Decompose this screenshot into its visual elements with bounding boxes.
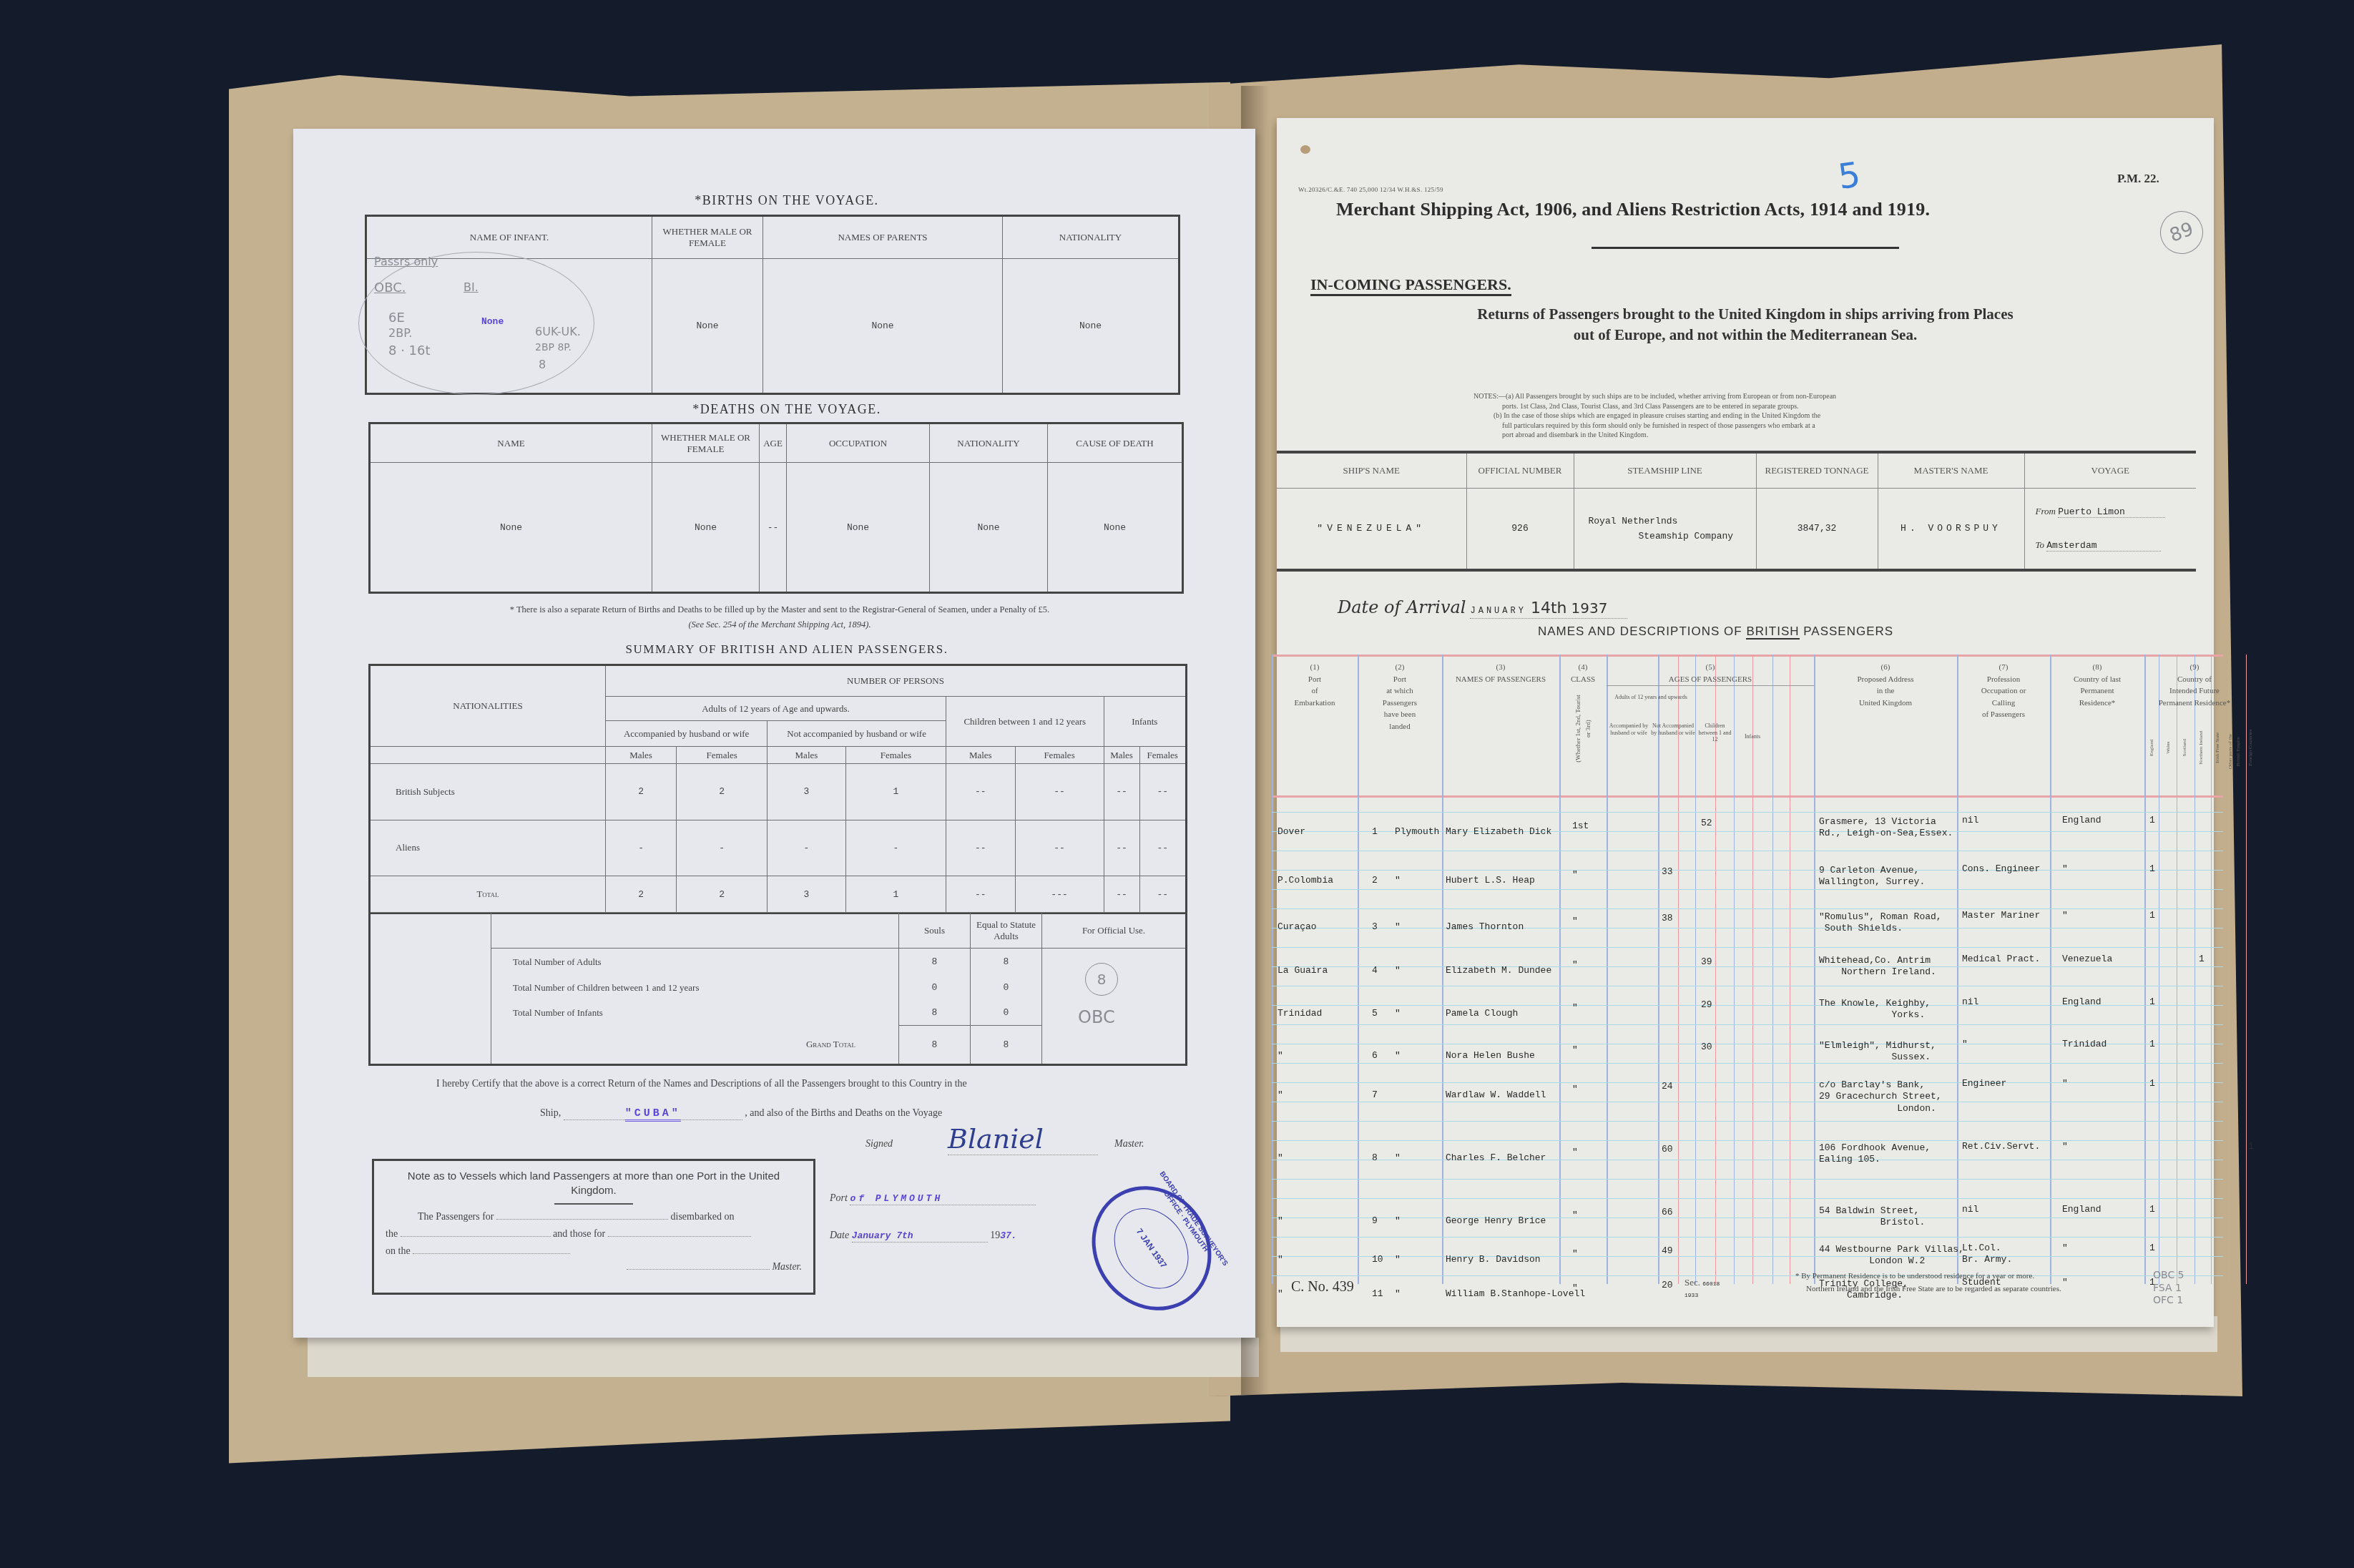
summary-header-infants: Infants	[1104, 697, 1186, 747]
pencil-note: 8	[539, 358, 546, 371]
births-parents-value: None	[763, 259, 1003, 394]
ledger-header-future-4: Irish Free State	[2214, 726, 2222, 769]
intended-residence-mark: 1	[2149, 1204, 2155, 1215]
ledger-column-rule	[1734, 655, 1735, 1284]
proposed-address: "Elmleigh", Midhurst, Sussex.	[1819, 1040, 1936, 1064]
intended-residence-mark: 1	[2199, 954, 2205, 965]
voyage-to-value: Amsterdam	[2046, 540, 2161, 552]
ledger-row-rule	[1272, 870, 2223, 871]
totals-table: Souls Equal to Statute Adults For Offici…	[368, 912, 1187, 1066]
passenger-name: Charles F. Belcher	[1446, 1152, 1546, 1164]
certificate-ship-line: Ship, "CUBA" , and also of the Births an…	[540, 1107, 942, 1120]
certificate-text: I hereby Certify that the above is a cor…	[436, 1079, 1152, 1090]
totals-statute: 0	[971, 975, 1042, 1000]
proposed-address: "Romulus", Roman Road, South Shields.	[1819, 911, 1942, 935]
totals-souls: 0	[899, 975, 971, 1000]
pencil-note: 6UK-UK.	[535, 325, 581, 338]
passenger-age: 33	[1662, 866, 1673, 878]
occupation: Cons. Engineer	[1962, 863, 2040, 875]
last-residence: "	[2062, 1078, 2068, 1089]
underlying-sheets-left	[308, 1338, 1259, 1377]
proposed-address: 106 Fordhook Avenue, Ealing 105.	[1819, 1142, 1931, 1166]
date-line: Date January 7th 1937.	[830, 1230, 1017, 1243]
summary-row-total: Total 2 2 3 1 -- --- -- --	[370, 876, 1187, 913]
arrival-year: 1937	[1571, 599, 1607, 617]
note-blank-field[interactable]	[413, 1253, 570, 1254]
ledger-header-c2: (2) Port at which Passengers have been l…	[1358, 662, 1442, 732]
pencil-circled-mark: 8	[1085, 963, 1118, 996]
proposed-address: Grasmere, 13 Victoria Rd., Leigh-on-Sea,…	[1819, 816, 1953, 840]
col-females: Females	[1015, 747, 1104, 764]
passenger-ledger: (1) Port of Embarkation(2) Port at which…	[1272, 655, 2223, 1284]
ledger-row-rule	[1272, 1198, 2223, 1199]
summary-title: SUMMARY OF BRITISH AND ALIEN PASSENGERS.	[572, 642, 1001, 657]
deaths-table: NAME WHETHER MALE OR FEMALE AGE OCCUPATI…	[368, 422, 1184, 594]
passenger-class: "	[1572, 869, 1578, 881]
passenger-age: 49	[1662, 1245, 1673, 1257]
ledger-row-rule	[1272, 1160, 2223, 1160]
proposed-address: The Knowle, Keighby, Yorks.	[1819, 998, 1931, 1021]
header-official-number: OFFICIAL NUMBER	[1466, 452, 1574, 488]
port-landed: "	[1395, 965, 1401, 976]
certificate-text-2: , and also of the Births and Deaths on t…	[745, 1108, 942, 1119]
passenger-age: 29	[1701, 999, 1712, 1011]
ledger-header-future-0: England	[2148, 726, 2156, 769]
port-of-embarkation: "	[1277, 1089, 1283, 1101]
ledger-column-rule	[2144, 655, 2146, 1284]
date-of-arrival: Date of Arrival JANUARY 14th 1937	[1338, 597, 1627, 619]
pencil-note: BI.	[464, 280, 479, 294]
port-label: Port	[830, 1193, 848, 1204]
deaths-occupation-value: None	[787, 463, 930, 593]
note-line: NOTES:—(a) All Passengers brought by suc…	[1473, 392, 1988, 402]
steamship-line-1: Royal Netherlnds	[1589, 516, 1756, 526]
occupation: Master Mariner	[1962, 910, 2040, 921]
passenger-name: George Henry Brice	[1446, 1215, 1546, 1227]
passenger-name: Elizabeth M. Dundee	[1446, 965, 1551, 976]
ledger-column-rule	[1358, 655, 1359, 1284]
births-header-name: NAME OF INFANT.	[366, 216, 652, 259]
port-line: Port of PLYMOUTH	[830, 1193, 1036, 1205]
port-of-embarkation: P.Colombia	[1277, 875, 1333, 886]
header-voyage: VOYAGE	[2024, 452, 2196, 488]
header-masters-name: MASTER'S NAME	[1878, 452, 2024, 488]
note-text: the	[386, 1229, 398, 1240]
ledger-row-rule	[1272, 928, 2223, 928]
col-males: Males	[1104, 747, 1139, 764]
port-of-embarkation: "	[1277, 1254, 1283, 1265]
ledger-column-rule	[2211, 655, 2212, 1284]
port-of-embarkation: "	[1277, 1152, 1283, 1164]
occupation: Medical Pract.	[1962, 954, 2040, 965]
master-signature: Blaniel	[948, 1123, 1098, 1155]
last-residence: "	[2062, 863, 2068, 875]
divider	[554, 1203, 633, 1205]
header-steamship-line: STEAMSHIP LINE	[1574, 452, 1756, 488]
port-landed: "	[1395, 1050, 1401, 1062]
last-residence: "	[2062, 1243, 2068, 1254]
passenger-number: 5	[1372, 1008, 1378, 1019]
passenger-class: "	[1572, 1002, 1578, 1014]
births-header-nationality: NATIONALITY	[1003, 216, 1180, 259]
totals-souls: 8	[899, 1000, 971, 1025]
last-residence: Venezuela	[2062, 954, 2112, 965]
steamship-line-value: Royal Netherlnds Steamship Company	[1574, 488, 1756, 570]
pencil-note: 8 · 16t	[388, 343, 431, 358]
official-use-cell: 8 OBC	[1042, 949, 1187, 1065]
port-landed: "	[1395, 1008, 1401, 1019]
note-master-field[interactable]	[627, 1269, 770, 1270]
ledger-column-rule	[1715, 655, 1716, 1284]
port-of-embarkation: Trinidad	[1277, 1008, 1322, 1019]
deaths-footnote: * There is also a separate Return of Bir…	[372, 604, 1187, 615]
passenger-number: 6	[1372, 1050, 1378, 1062]
deaths-sex-value: None	[652, 463, 760, 593]
note-text: and those for	[553, 1229, 605, 1240]
intended-residence-mark: 1	[2149, 910, 2155, 921]
passenger-class: "	[1572, 916, 1578, 927]
summary-row-aliens: Aliens - - - - -- -- -- --	[370, 820, 1187, 876]
passenger-number: 2	[1372, 875, 1378, 886]
intended-residence-mark: 1	[2149, 996, 2155, 1008]
births-header-parents: NAMES OF PARENTS	[763, 216, 1003, 259]
summary-value: --	[1139, 764, 1186, 820]
births-infant-value: None	[481, 316, 504, 327]
footnote-permanent-residence: * By Permanent Residence is to be unders…	[1795, 1272, 2034, 1280]
summary-value: -	[767, 820, 845, 876]
ledger-row-rule	[1272, 1237, 2223, 1238]
ledger-column-rule	[1442, 655, 1443, 1284]
steamship-line-2: Steamship Company	[1589, 531, 1756, 542]
stamp-date: 7 JAN 1937	[1134, 1227, 1169, 1270]
ledger-column-rule	[1957, 655, 1958, 1284]
totals-statute: 8	[971, 949, 1042, 976]
ledger-header-future-6: Foreign Countries	[2247, 726, 2255, 769]
ledger-header-c3: (3) NAMES OF PASSENGERS	[1442, 662, 1559, 685]
births-sex-value: None	[652, 259, 763, 394]
date-year-prefix: 19	[990, 1230, 1000, 1241]
passenger-name: Pamela Clough	[1446, 1008, 1518, 1019]
from-label: From	[2036, 506, 2056, 516]
passenger-class: "	[1572, 1283, 1578, 1294]
date-year: 37.	[1000, 1230, 1016, 1241]
occupation: Lt.Col. Br. Army.	[1962, 1243, 2012, 1266]
occupation: nil	[1962, 996, 1978, 1008]
deaths-nationality-value: None	[930, 463, 1048, 593]
ledger-header-c8: (8) Country of last Permanent Residence*	[2050, 662, 2144, 709]
ship-name-value: "VENEZUELA"	[1277, 488, 1466, 570]
port-of-embarkation: La Guaira	[1277, 965, 1328, 976]
deaths-header-age: AGE	[760, 423, 787, 463]
passenger-list-title: NAMES AND DESCRIPTIONS OF BRITISH PASSEN…	[1538, 624, 1893, 639]
incoming-passengers-heading: IN-COMING PASSENGERS.	[1310, 275, 1511, 296]
ledger-header-class-sub: (Whether 1st, 2nd, Tourist or 3rd)	[1574, 693, 1593, 765]
summary-value: --	[1104, 764, 1139, 820]
ledger-row-rule	[1272, 851, 2223, 851]
intended-residence-mark: 1	[2149, 1078, 2155, 1089]
last-residence: "	[2062, 910, 2068, 921]
title-part: NAMES AND DESCRIPTIONS OF	[1538, 624, 1742, 638]
last-residence: England	[2062, 1204, 2102, 1215]
row-label: Total	[370, 876, 606, 913]
ship-value: "CUBA"	[625, 1107, 681, 1122]
ledger-column-rule	[2159, 655, 2159, 1284]
summary-value: --	[946, 764, 1016, 820]
proposed-address: Whitehead,Co. Antrim Northern Ireland.	[1819, 955, 1936, 979]
summary-value: 2	[606, 876, 677, 913]
port-value: of PLYMOUTH	[850, 1193, 943, 1204]
summary-value: 2	[606, 764, 677, 820]
ledger-column-rule	[1559, 655, 1561, 1284]
sec-label: Sec.	[1684, 1277, 1700, 1288]
passenger-number: 11	[1372, 1288, 1383, 1300]
port-landed: "	[1395, 1152, 1401, 1164]
ledger-column-rule	[1814, 655, 1815, 1284]
date-value: January 7th	[852, 1230, 913, 1241]
passenger-age: 20	[1662, 1280, 1673, 1291]
passenger-class: 1st	[1572, 820, 1589, 832]
signed-label: Signed	[865, 1139, 893, 1150]
last-residence: Trinidad	[2062, 1039, 2107, 1050]
subtitle-line-2: out of Europe, and not within the Medite…	[1330, 325, 2160, 346]
ledger-header-future-2: Scotland	[2181, 726, 2189, 769]
deaths-cause-value: None	[1048, 463, 1183, 593]
port-landed: "	[1395, 921, 1401, 933]
ledger-column-rule	[2177, 655, 2177, 1284]
print-code: Wt.20326/C.&E. 740 25,000 12/34 W.H.&S. …	[1298, 186, 1443, 193]
grand-total-statute: 8	[971, 1025, 1042, 1064]
pencil-note: Passrs only	[374, 255, 438, 268]
passenger-number: 8	[1372, 1152, 1378, 1164]
arrival-month: JANUARY	[1470, 606, 1526, 616]
note-box-title: Note as to Vessels which land Passengers…	[386, 1170, 802, 1199]
port-landed: "	[1395, 1215, 1401, 1227]
port-landed: Plymouth	[1395, 826, 1439, 838]
intended-residence-mark: 1	[2149, 1243, 2155, 1254]
occupation: nil	[1962, 815, 1978, 826]
occupation: Ret.Civ.Servt.	[1962, 1141, 2040, 1152]
ledger-header-ages: (5) AGES OF PASSENGERS	[1607, 662, 1814, 686]
ledger-column-rule	[1678, 655, 1679, 1284]
summary-value: 3	[767, 876, 845, 913]
summary-header-accompanied: Accompanied by husband or wife	[606, 721, 767, 747]
summary-value: --	[1104, 820, 1139, 876]
note-master-label: Master.	[772, 1262, 802, 1273]
deaths-age-value: --	[760, 463, 787, 593]
ledger-header-c7: (7) Profession Occupation or Calling of …	[1957, 662, 2050, 721]
births-title: *BIRTHS ON THE VOYAGE.	[644, 193, 930, 208]
note-text: on the	[386, 1246, 411, 1257]
passenger-age: 52	[1701, 818, 1712, 829]
intended-residence-mark: 1	[2149, 1039, 2155, 1050]
ledger-column-rule	[1658, 655, 1659, 1284]
port-of-embarkation: "	[1277, 1050, 1283, 1062]
summary-row-british: British Subjects 2 2 3 1 -- -- -- --	[370, 764, 1187, 820]
note-line: full particulars required by this form s…	[1473, 421, 1988, 431]
pencil-note: 2BP.	[388, 326, 412, 340]
totals-blank	[370, 913, 491, 1065]
ledger-row-rule	[1272, 1179, 2223, 1180]
summary-value: --	[1015, 820, 1104, 876]
deaths-header-cause: CAUSE OF DEATH	[1048, 423, 1183, 463]
passenger-name: Mary Elizabeth Dick	[1446, 826, 1551, 838]
ledger-row-rule	[1272, 1256, 2223, 1257]
ledger-header-c5_acc: Accompanied by husband or wife	[1607, 722, 1651, 736]
ledger-header-c6: (6) Proposed Address in the United Kingd…	[1814, 662, 1957, 709]
form-notes: NOTES:—(a) All Passengers brought by suc…	[1473, 392, 1988, 441]
summary-value: ---	[1015, 876, 1104, 913]
ship-label: Ship,	[540, 1108, 561, 1119]
pencil-tally: OBC 5 FSA 1 OFC 1	[2153, 1270, 2184, 1308]
births-name-cell: Passrs only OBC. BI. 6E 2BP. 8 · 16t Non…	[366, 259, 652, 394]
ledger-header-future-1: Wales	[2164, 726, 2172, 769]
totals-label-header	[491, 913, 899, 949]
summary-value: 1	[845, 876, 946, 913]
ledger-header-c5_adults: Adults of 12 years and upwards	[1607, 694, 1695, 701]
header-registered-tonnage: REGISTERED TONNAGE	[1756, 452, 1878, 488]
last-residence: "	[2062, 1141, 2068, 1152]
col-males: Males	[767, 747, 845, 764]
passenger-age: 30	[1701, 1042, 1712, 1053]
passenger-class: "	[1572, 959, 1578, 971]
summary-value: -	[606, 820, 677, 876]
deaths-header-occupation: OCCUPATION	[787, 423, 930, 463]
ledger-row-rule	[1272, 889, 2223, 890]
ledger-column-rule	[1790, 655, 1790, 1284]
col-females: Females	[1139, 747, 1186, 764]
ledger-row-rule	[1272, 1024, 2223, 1025]
summary-value: -	[677, 820, 767, 876]
intended-residence-mark: 1	[2248, 1141, 2254, 1152]
ledger-header-future-3: Northern Ireland	[2197, 726, 2205, 769]
voyage-from-value: Puerto Limon	[2058, 506, 2165, 518]
intended-residence-mark: 1	[2149, 815, 2155, 826]
note-line: (b) In the case of those ships which are…	[1473, 411, 1988, 421]
proposed-address: 54 Baldwin Street, Bristol.	[1819, 1205, 1925, 1229]
deaths-header-sex: WHETHER MALE OR FEMALE	[652, 423, 760, 463]
form-number: P.M. 22.	[2117, 172, 2159, 186]
summary-value: --	[1015, 764, 1104, 820]
voyage-cell: From Puerto Limon To Amsterdam	[2024, 488, 2196, 570]
pencil-note: 6E	[388, 310, 405, 325]
col-males: Males	[606, 747, 677, 764]
proposed-address: 44 Westbourne Park Villas, London W.2	[1819, 1244, 1964, 1268]
occupation: nil	[1962, 1204, 1978, 1215]
passenger-name: Wardlaw W. Waddell	[1446, 1089, 1546, 1101]
master-name-value: H. VOORSPUY	[1878, 488, 2024, 570]
ledger-row-rule	[1272, 1082, 2223, 1083]
title-british: BRITISH	[1746, 624, 1799, 640]
passenger-number: 7	[1372, 1089, 1378, 1101]
note-text: The Passengers for	[418, 1212, 494, 1222]
note-blank-field[interactable]	[496, 1219, 668, 1220]
col-males: Males	[946, 747, 1016, 764]
ledger-column-rule	[2194, 655, 2195, 1284]
passenger-age: 60	[1662, 1144, 1673, 1155]
note-blank-field[interactable]	[608, 1236, 751, 1237]
ship-field: "CUBA"	[564, 1107, 742, 1120]
deaths-name-value: None	[370, 463, 652, 593]
summary-header-children: Children between 1 and 12 years	[946, 697, 1104, 747]
ledger-header-c5_infants: Infants	[1735, 733, 1770, 740]
rust-spot	[1300, 145, 1310, 154]
totals-label: Total Number of Adults	[491, 949, 899, 976]
passenger-class: "	[1572, 1210, 1578, 1221]
header-statute-adults: Equal to Statute Adults	[971, 913, 1042, 949]
passenger-number: 4	[1372, 965, 1378, 976]
row-label: British Subjects	[370, 764, 606, 820]
deaths-title: *DEATHS ON THE VOYAGE.	[644, 402, 930, 417]
subtitle-line-1: Returns of Passengers brought to the Uni…	[1330, 304, 2160, 325]
ledger-row-rule	[1272, 1275, 2223, 1276]
summary-value: 2	[677, 764, 767, 820]
sec-reference: Sec. 66018 1933	[1684, 1277, 1720, 1300]
ledger-column-rule	[1752, 655, 1753, 1284]
port-of-embarkation: "	[1277, 1288, 1283, 1300]
port-landed: "	[1395, 1254, 1401, 1265]
summary-value: -	[845, 820, 946, 876]
grand-total-label: Grand Total	[491, 1025, 899, 1064]
port-landed: "	[1395, 1288, 1401, 1300]
header-official-use: For Official Use.	[1042, 913, 1187, 949]
summary-value: --	[1139, 876, 1186, 913]
totals-label: Total Number of Infants	[491, 1000, 899, 1025]
passenger-name: William B.Stanhope-Lovell	[1446, 1288, 1585, 1300]
passenger-number: 9	[1372, 1215, 1378, 1227]
ledger-row-rule	[1272, 1217, 2223, 1218]
port-landed: "	[1395, 875, 1401, 886]
passenger-name: Hubert L.S. Heap	[1446, 875, 1535, 886]
col-females: Females	[677, 747, 767, 764]
note-line: port abroad and disembark in the United …	[1473, 431, 1988, 441]
passenger-class: "	[1572, 1248, 1578, 1260]
ledger-row-rule	[1272, 812, 2223, 813]
summary-value: 3	[767, 764, 845, 820]
totals-souls: 8	[899, 949, 971, 976]
summary-header-number-of-persons: NUMBER OF PERSONS	[606, 665, 1187, 697]
summary-value: 1	[845, 764, 946, 820]
note-text: disembarked on	[671, 1212, 735, 1222]
subtitle: Returns of Passengers brought to the Uni…	[1330, 304, 2160, 346]
header-ships-name: SHIP'S NAME	[1277, 452, 1466, 488]
deaths-header-nationality: NATIONALITY	[930, 423, 1048, 463]
proposed-address: 9 Carleton Avenue, Wallington, Surrey.	[1819, 865, 1925, 888]
pencil-note: 2BP 8P.	[535, 342, 572, 353]
summary-value: --	[946, 876, 1016, 913]
passenger-number: 1	[1372, 826, 1378, 838]
note-line: ports. 1st Class, 2nd Class, Tourist Cla…	[1473, 402, 1988, 412]
passenger-class: "	[1572, 1147, 1578, 1158]
port-of-embarkation: Dover	[1277, 826, 1305, 838]
pencil-note: OBC.	[374, 280, 406, 295]
blank-cell	[370, 747, 606, 764]
to-label: To	[2036, 539, 2045, 550]
ledger-column-rule	[1272, 655, 1273, 1284]
deaths-header-name: NAME	[370, 423, 652, 463]
ledger-row-rule	[1272, 1140, 2223, 1141]
last-residence: England	[2062, 815, 2102, 826]
summary-table: NATIONALITIES NUMBER OF PERSONS Adults o…	[368, 664, 1187, 914]
passenger-age: 39	[1701, 956, 1712, 968]
summary-value: --	[1104, 876, 1139, 913]
passenger-age: 24	[1662, 1081, 1673, 1092]
note-blank-field[interactable]	[401, 1236, 551, 1237]
note-box: Note as to Vessels which land Passengers…	[372, 1159, 815, 1295]
ledger-header-c5_children: Children between 1 and 12	[1695, 722, 1735, 743]
official-number-value: 926	[1466, 488, 1574, 570]
passenger-number: 10	[1372, 1254, 1383, 1265]
passenger-name: Nora Helen Bushe	[1446, 1050, 1535, 1062]
